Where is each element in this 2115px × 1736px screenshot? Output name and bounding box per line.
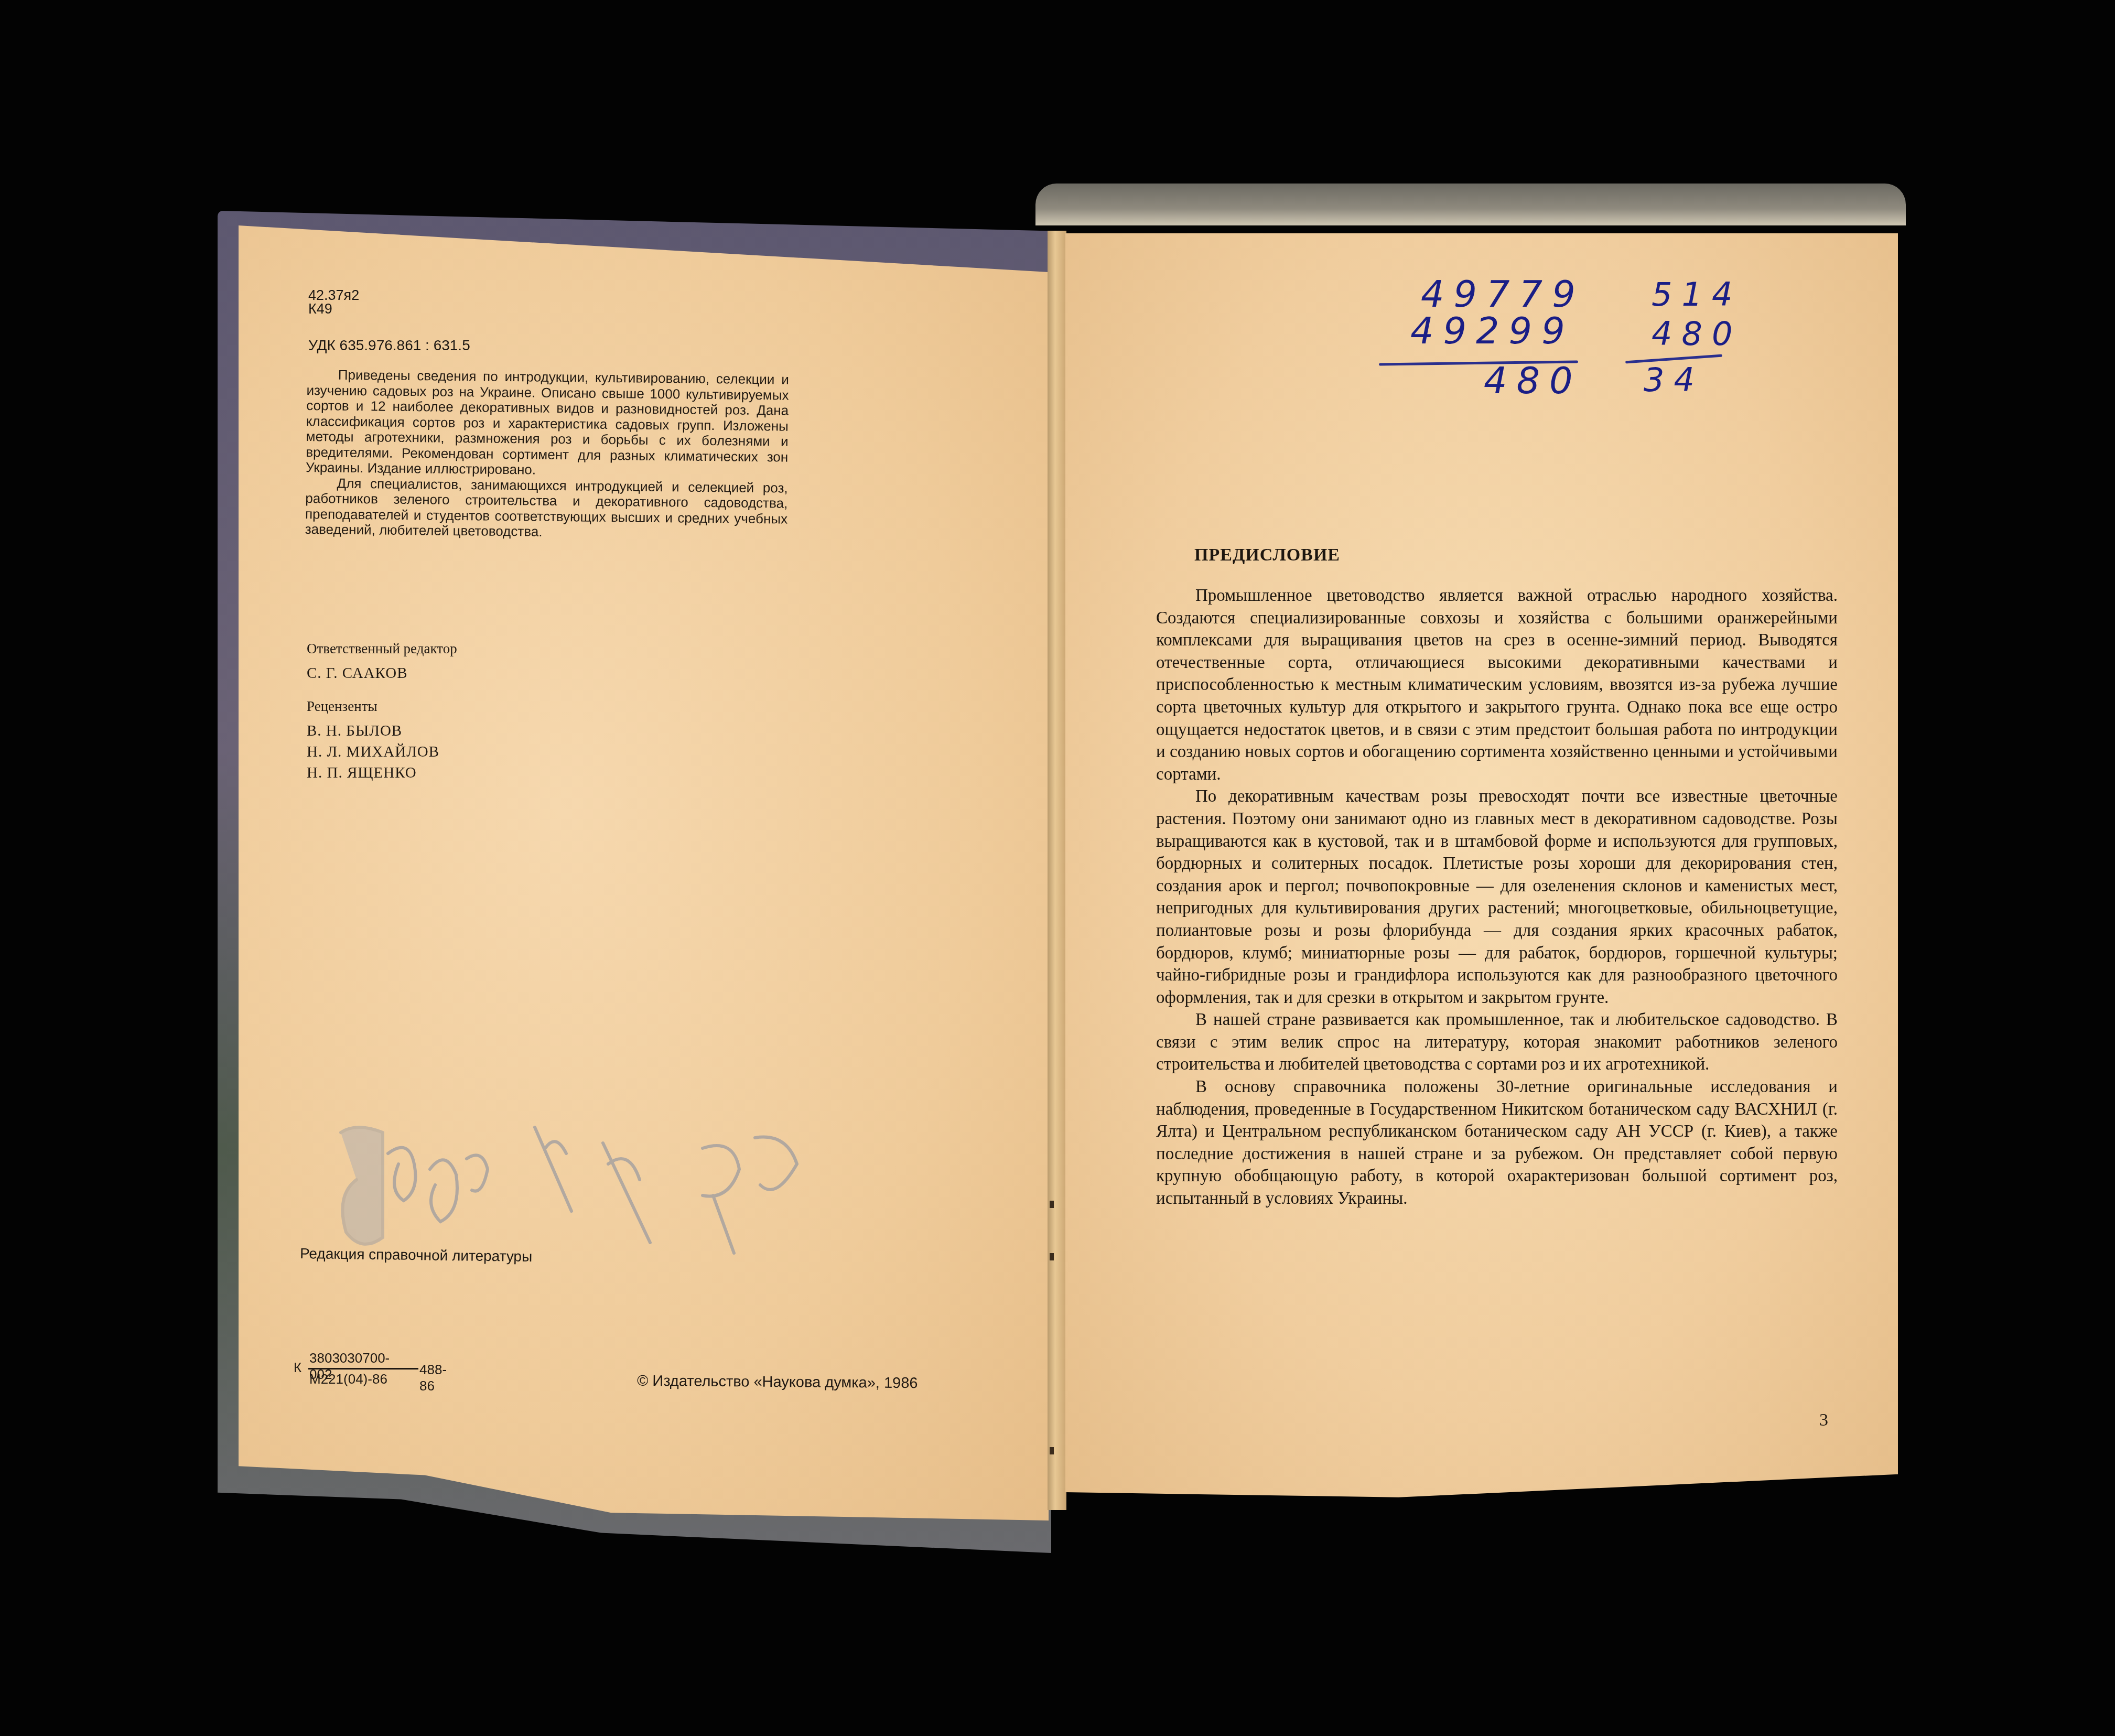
- reviewers-label: Рецензенты: [307, 698, 377, 715]
- faded-stamp-signature-icon: [325, 1117, 839, 1264]
- handwritten-number: 49299: [1410, 309, 1574, 352]
- binding-stitch: [1050, 1201, 1054, 1208]
- handwritten-result: 34: [1644, 361, 1704, 399]
- book-spine-gutter: [1048, 231, 1066, 1510]
- handwritten-number: 514: [1652, 275, 1742, 314]
- editor-name: С. Г. СААКОВ: [307, 665, 408, 682]
- preface-body: Промышленное цветоводство является важно…: [1156, 585, 1838, 1210]
- fraction-bar: [308, 1368, 418, 1370]
- page-number: 3: [1819, 1410, 1828, 1430]
- binding-stitch: [1050, 1447, 1054, 1454]
- handwritten-number: 480: [1652, 315, 1742, 353]
- imprint-section: Редакция справочной литературы: [300, 1245, 533, 1265]
- annotation-paragraph: Для специалистов, занимающихся интродукц…: [305, 475, 788, 542]
- preface-paragraph: В нашей стране развивается как промышлен…: [1156, 1009, 1838, 1076]
- index-suffix: 488-86: [419, 1362, 447, 1394]
- annotation-paragraph: Приведены сведения по интродукции, культ…: [306, 367, 789, 480]
- preface-paragraph: Промышленное цветоводство является важно…: [1156, 585, 1838, 785]
- author-mark: К49: [308, 301, 332, 317]
- reviewer-name: В. Н. БЫЛОВ: [307, 723, 402, 740]
- udc-code: УДК 635.976.861 : 631.5: [308, 337, 470, 354]
- preface-paragraph: По декоративным качествам розы превосход…: [1156, 785, 1838, 1009]
- editor-label: Ответственный редактор: [307, 641, 457, 657]
- binding-stitch: [1050, 1253, 1054, 1260]
- index-denominator: М221(04)-86: [309, 1371, 387, 1387]
- book-annotation: Приведены сведения по интродукции, культ…: [305, 367, 789, 542]
- handwritten-result: 480: [1484, 359, 1582, 402]
- reviewer-name: Н. П. ЯЩЕНКО: [307, 764, 417, 782]
- book-cover-top-edge: [1035, 184, 1906, 225]
- page-title: ПРЕДИСЛОВИЕ: [1194, 545, 1340, 565]
- index-prefix: К: [294, 1360, 301, 1376]
- reviewer-name: Н. Л. МИХАЙЛОВ: [307, 743, 439, 761]
- preface-paragraph: В основу справочника положены 30-летние …: [1156, 1076, 1838, 1210]
- copyright-line: © Издательство «Наукова думка», 1986: [637, 1373, 918, 1393]
